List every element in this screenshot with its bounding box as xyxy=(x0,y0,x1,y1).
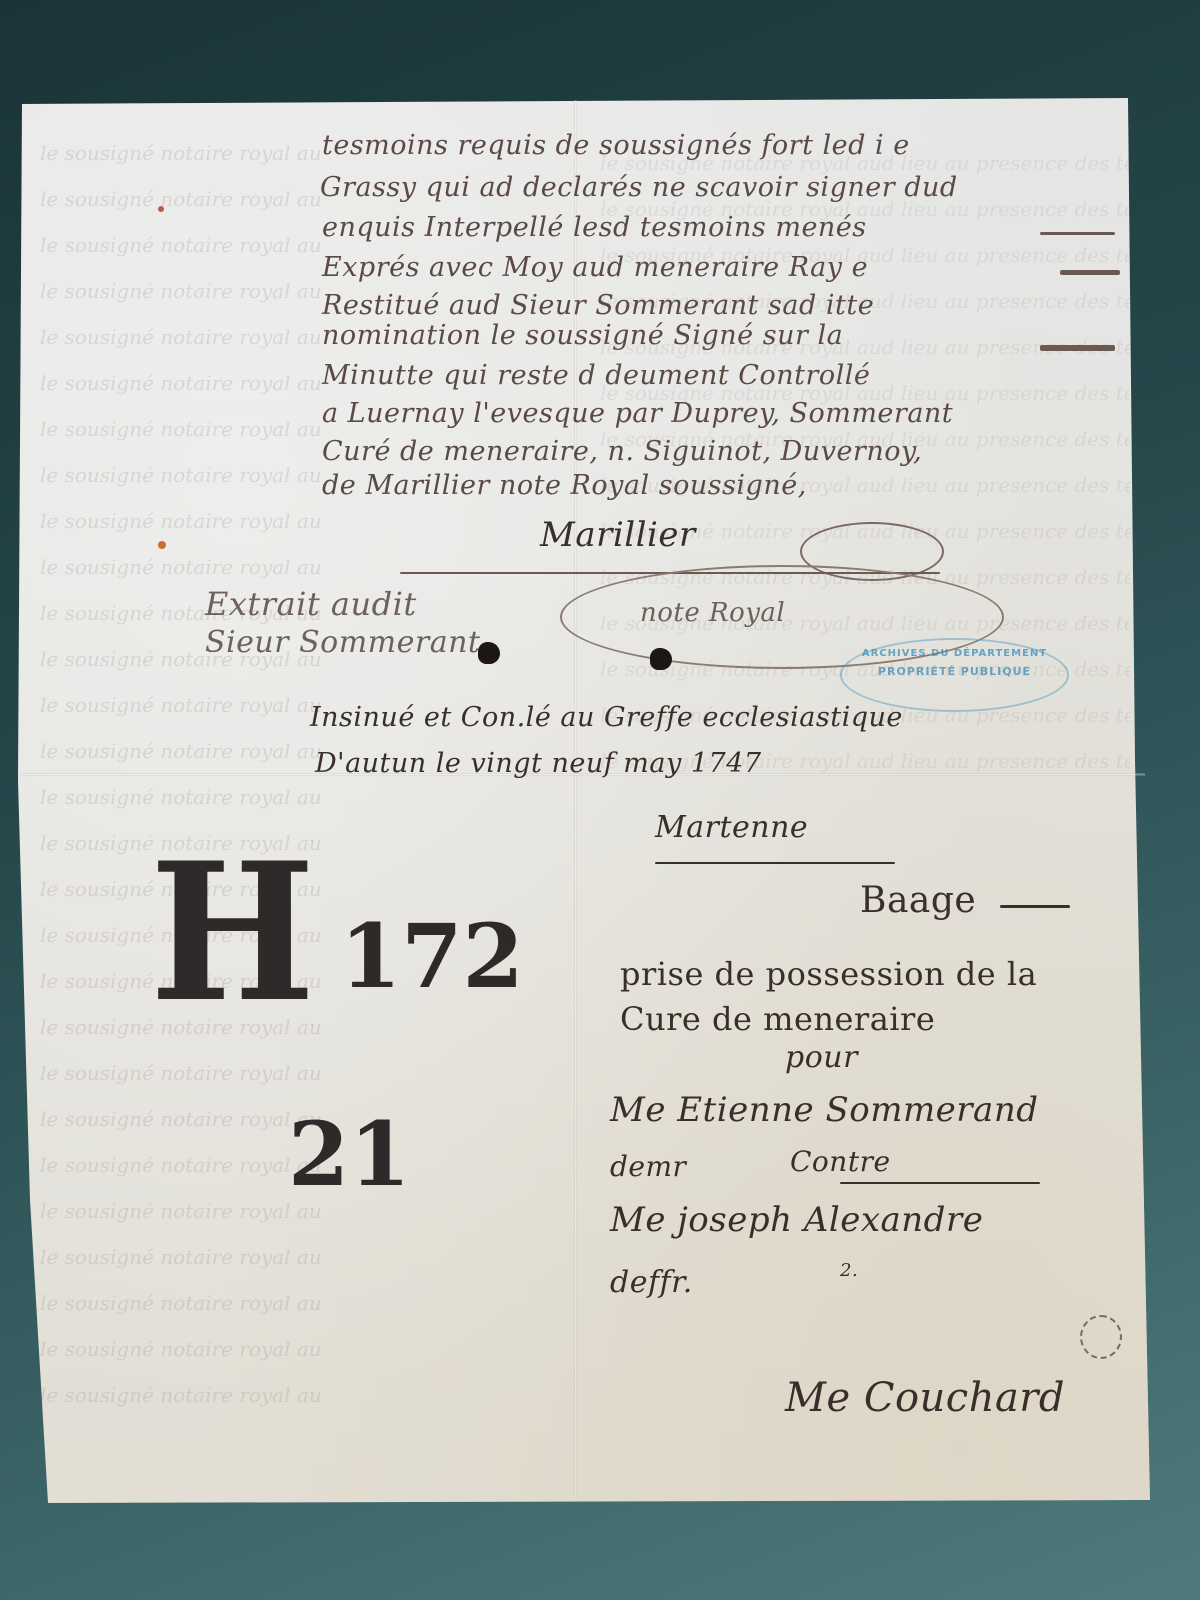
docket-place: Baage xyxy=(860,880,976,921)
body-line: enquis Interpellé lesd tesmoins menés xyxy=(322,212,867,243)
registration-line2: D'autun le vingt neuf may 1747 xyxy=(315,748,762,779)
stamp-line2: PROPRIÉTÉ PUBLIQUE xyxy=(842,665,1067,678)
docket-party1-role: demr xyxy=(610,1150,686,1183)
registrar-underline xyxy=(655,862,895,864)
docket-pour: pour xyxy=(785,1040,858,1075)
docket-mark: 2. xyxy=(840,1260,858,1281)
attorney-flourish xyxy=(1080,1315,1122,1359)
body-line: Grassy qui ad declarés ne scavoir signer… xyxy=(320,172,958,203)
archive-number: 172 xyxy=(340,912,524,1000)
body-line: nomination le soussigné Signé sur la xyxy=(322,320,843,351)
line-filler-stroke xyxy=(1060,270,1120,275)
line-filler-stroke xyxy=(1040,345,1115,351)
ink-blot xyxy=(650,648,672,670)
docket-party1: Me Etienne Sommerand xyxy=(610,1090,1039,1130)
body-line: Curé de meneraire, n. Siguinot, Duvernoy… xyxy=(322,436,922,467)
docket-attorney: Me Couchard xyxy=(785,1375,1065,1421)
docket-title-line2: Cure de meneraire xyxy=(620,1000,935,1038)
docket-party2: Me joseph Alexandre xyxy=(610,1200,983,1240)
rust-spot xyxy=(158,206,164,212)
ink-blot xyxy=(478,642,500,664)
docket-party2-role: deffr. xyxy=(610,1265,693,1300)
registrar-signature: Martenne xyxy=(655,810,808,845)
body-line: tesmoins requis de soussignés fort led i… xyxy=(322,130,910,161)
rust-spot xyxy=(158,541,166,549)
body-line: Minutte qui reste d deument Controllé xyxy=(322,360,870,391)
docket-title-line1: prise de possession de la xyxy=(620,955,1037,993)
body-line: a Luernay l'evesque par Duprey, Sommeran… xyxy=(322,398,953,429)
registration-line1: Insinué et Con.lé au Greffe ecclesiastiq… xyxy=(310,702,903,733)
extract-note-line1: Extrait audit xyxy=(205,585,417,623)
archive-series-letter: H xyxy=(150,838,310,1028)
line-filler-stroke xyxy=(1040,232,1115,235)
seal-signature: note Royal xyxy=(640,598,785,628)
body-line: de Marillier note Royal soussigné, xyxy=(322,470,807,501)
archive-item-number: 21 xyxy=(288,1110,410,1198)
body-line: Exprés avec Moy aud meneraire Ray e xyxy=(322,252,868,283)
docket-contre-line xyxy=(840,1182,1040,1184)
docket-place-underline xyxy=(1000,905,1070,908)
body-line: Restitué aud Sieur Sommerant sad itte xyxy=(322,290,874,321)
docket-contre: Contre xyxy=(790,1145,891,1178)
extract-note-line2: Sieur Sommerant xyxy=(205,625,480,660)
notary-signature: Marillier xyxy=(540,515,696,555)
stamp-line1: ARCHIVES DU DÉPARTEMENT xyxy=(842,648,1067,659)
bleed-through-text: le sousigné notaire royal aud lieu au pr… xyxy=(40,130,320,1460)
archives-stamp: ARCHIVES DU DÉPARTEMENT PROPRIÉTÉ PUBLIQ… xyxy=(840,638,1069,712)
